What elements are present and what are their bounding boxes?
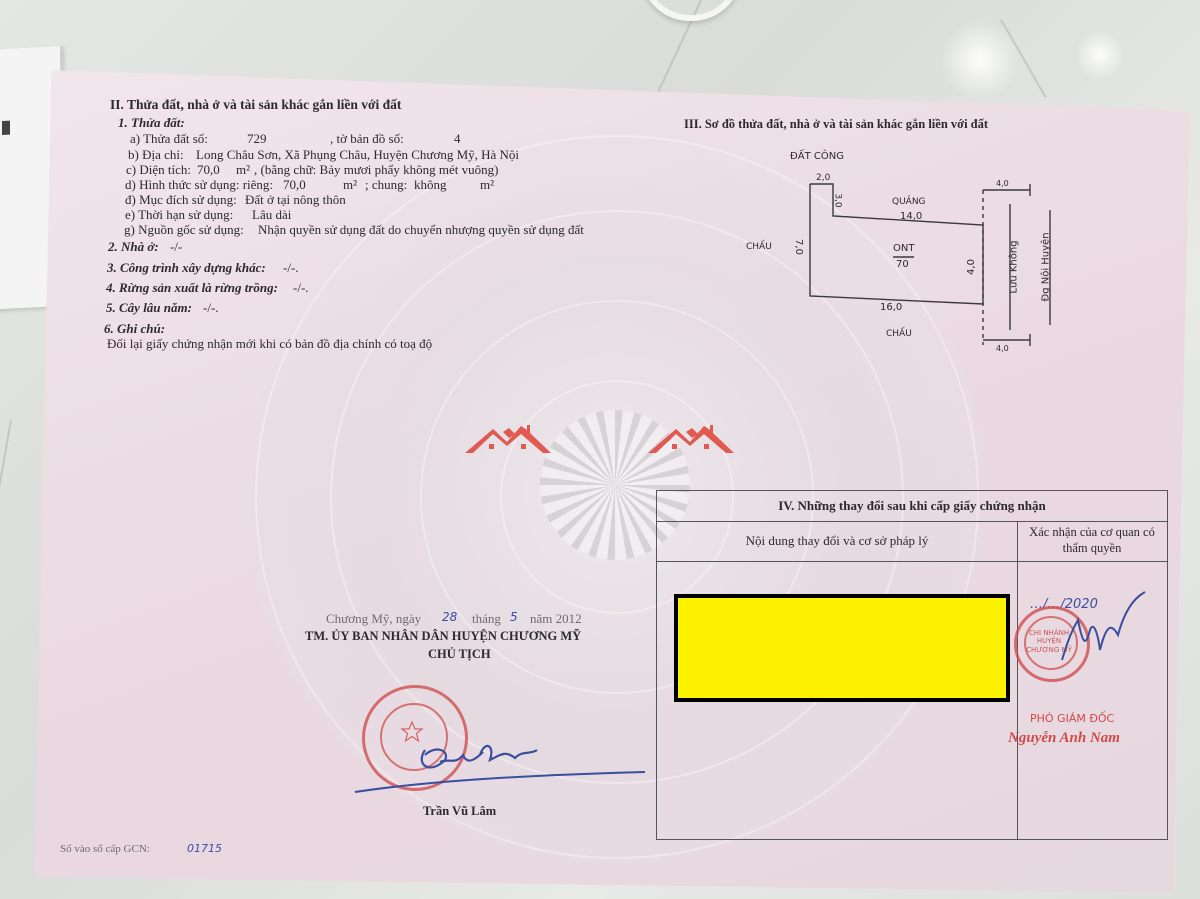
signer-position: CHỦ TỊCH [428, 648, 491, 661]
col-changes-header: Nội dung thay đổi và cơ sở pháp lý [657, 521, 1017, 561]
dim-top-left: 2,0 [816, 174, 830, 183]
month-label: tháng [472, 612, 501, 625]
registry-number: 01715 [187, 843, 222, 854]
dim-top: 14,0 [900, 212, 922, 222]
section4-title: IV. Những thay đổi sau khi cấp giấy chứn… [657, 491, 1167, 522]
land-area: 70 [896, 260, 909, 270]
house-roof-logo-icon [465, 424, 551, 454]
land-code: ONT [893, 244, 914, 254]
dim-corridor-top: 4,0 [996, 180, 1009, 188]
column-divider [1017, 521, 1018, 839]
label-north: ĐẤT CÔNG [790, 152, 844, 162]
confirm-signer: Nguyễn Anh Nam [1008, 731, 1120, 746]
place-date-prefix: Chương Mỹ, ngày [326, 612, 421, 625]
chairman-signature [355, 720, 655, 800]
deputy-signature [1060, 590, 1150, 670]
redaction-box [674, 594, 1010, 702]
house-roof-logo-icon [648, 424, 734, 454]
dim-notch: 3,0 [833, 193, 842, 207]
col-confirmation-header: Xác nhận của cơ quan có thẩm quyền [1017, 521, 1167, 561]
confirm-position: PHÓ GIÁM ĐỐC [1030, 713, 1114, 724]
issuing-org: TM. ỦY BAN NHÂN DÂN HUYỆN CHƯƠNG MỸ [305, 630, 581, 643]
date-month: 5 [510, 611, 518, 623]
date-day: 28 [442, 611, 457, 623]
label-south: CHẤU [886, 330, 912, 339]
year-label: năm 2012 [530, 612, 582, 625]
signer-name: Trần Vũ Lâm [423, 805, 496, 818]
dim-right: 4,0 [967, 259, 977, 275]
label-road: Đg Nội Huyện [1042, 232, 1052, 301]
label-northeast: QUẢNG [892, 198, 926, 207]
label-corridor: Lưu Không [1010, 240, 1020, 293]
dim-corridor-bottom: 4,0 [996, 345, 1009, 353]
label-west: CHẤU [746, 243, 772, 252]
registry-label: Số vào sổ cấp GCN: [60, 844, 150, 855]
dim-left: 7,0 [793, 239, 803, 255]
dim-bottom: 16,0 [880, 303, 902, 313]
